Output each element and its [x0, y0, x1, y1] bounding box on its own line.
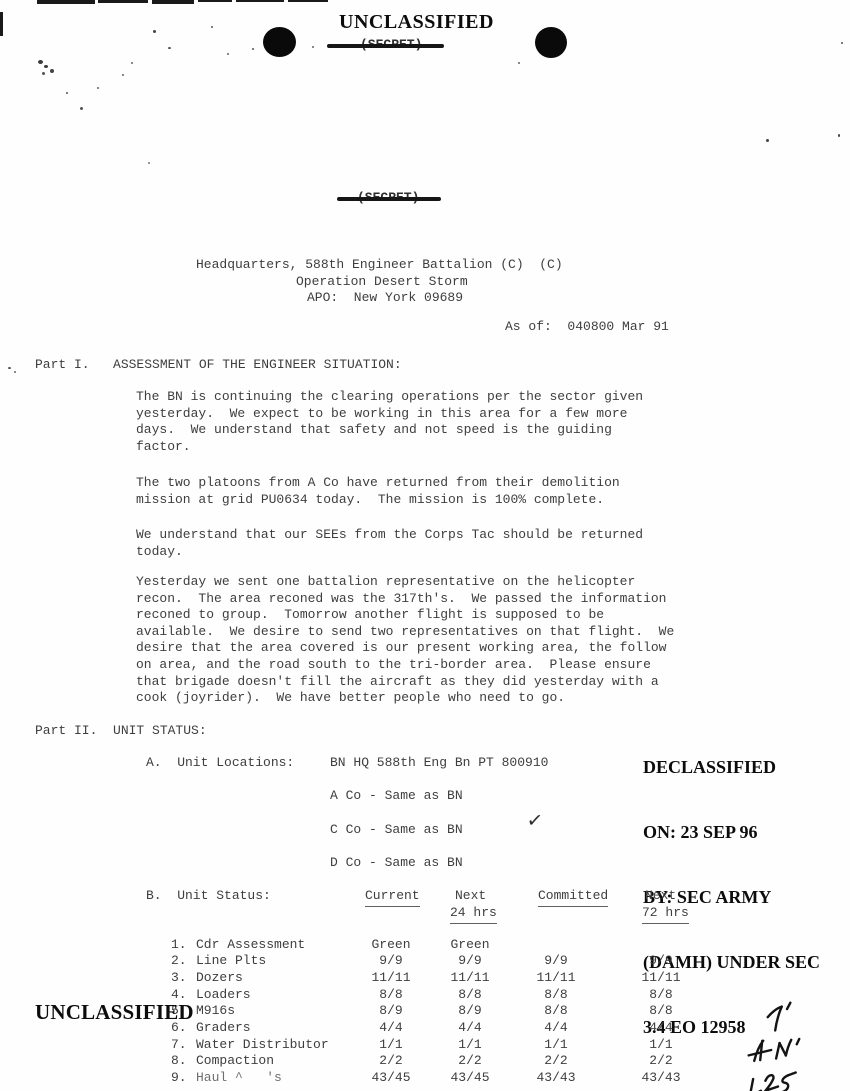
scan-speck — [838, 134, 840, 137]
table-row: 3. Dozers 11/11 11/11 11/11 11/11 — [0, 970, 850, 987]
cell-next72: 1/1 — [626, 1037, 696, 1052]
table-row: 2. Line Plts 9/9 9/9 9/9 9/9 — [0, 953, 850, 970]
cell-next24: 8/8 — [435, 987, 505, 1002]
scan-artifact-edge-mark — [0, 12, 3, 36]
scan-speck — [518, 62, 520, 64]
scan-speck — [14, 371, 16, 373]
scan-speck — [766, 139, 769, 142]
document-page: UNCLASSIFIED (SECRET) (SECRET) Headquart… — [0, 0, 850, 1091]
cell-next72: 2/2 — [626, 1053, 696, 1068]
cell-committed: 2/2 — [521, 1053, 591, 1068]
scan-speck — [312, 46, 314, 48]
cell-committed: 8/8 — [521, 1003, 591, 1018]
scan-speck — [148, 162, 150, 164]
row-name: Loaders — [196, 987, 251, 1002]
handwriting-annotation — [733, 1000, 848, 1091]
cell-current: 9/9 — [356, 953, 426, 968]
scan-artifact-top-band — [152, 0, 194, 4]
row-number: 2. — [171, 953, 187, 968]
unclassified-stamp-bottom: UNCLASSIFIED — [35, 1000, 194, 1025]
cell-next72: 43/43 — [626, 1070, 696, 1085]
part1-paragraph: We understand that our SEEs from the Cor… — [136, 527, 643, 560]
table-row: 7. Water Distributor 1/1 1/1 1/1 1/1 — [0, 1037, 850, 1054]
table-row: 8. Compaction 2/2 2/2 2/2 2/2 — [0, 1053, 850, 1070]
col-header-next24: Next — [455, 888, 486, 905]
row-number: 3. — [171, 970, 187, 985]
part2-heading: Part II. UNIT STATUS: — [35, 723, 207, 740]
cell-committed: 8/8 — [521, 987, 591, 1002]
scan-speck — [97, 87, 99, 89]
row-name: Dozers — [196, 970, 243, 985]
cell-committed: 9/9 — [521, 953, 591, 968]
cell-current: 11/11 — [356, 970, 426, 985]
scan-speck — [66, 92, 68, 94]
unit-location-bn: BN HQ 588th Eng Bn PT 800910 — [330, 755, 548, 772]
scan-smudge — [38, 60, 43, 64]
cell-committed: 11/11 — [521, 970, 591, 985]
cell-next24: 1/1 — [435, 1037, 505, 1052]
scan-artifact-top-band — [198, 0, 232, 2]
hole-punch-mark — [535, 27, 567, 58]
cell-next24: 8/9 — [435, 1003, 505, 1018]
strikethrough-line — [337, 197, 441, 201]
cell-next72: 4/4 — [626, 1020, 696, 1035]
scan-speck — [131, 62, 133, 64]
unclassified-stamp-top: UNCLASSIFIED — [339, 11, 494, 34]
handwritten-checkmark: ✓ — [527, 807, 543, 834]
scan-speck — [252, 48, 254, 50]
scan-artifact-top-band — [37, 0, 95, 4]
scan-artifact-top-band — [236, 0, 284, 2]
scan-smudge — [42, 72, 45, 75]
scan-artifact-top-band — [98, 0, 148, 3]
row-number: 1. — [171, 937, 187, 952]
col-header-next24-sub: 24 hrs — [450, 905, 497, 924]
table-row: 9. Haul ^ 's 43/45 43/45 43/43 43/43 — [0, 1070, 850, 1087]
row-name: Compaction — [196, 1053, 274, 1068]
cell-next24: 43/45 — [435, 1070, 505, 1085]
cell-next24: 11/11 — [435, 970, 505, 985]
cell-current: 8/8 — [356, 987, 426, 1002]
cell-current: 1/1 — [356, 1037, 426, 1052]
row-name: Water Distributor — [196, 1037, 329, 1052]
declassified-line: DECLASSIFIED — [643, 756, 820, 779]
row-name: Line Plts — [196, 953, 266, 968]
cell-committed: 1/1 — [521, 1037, 591, 1052]
table-row: 1. Cdr Assessment Green Green — [0, 937, 850, 954]
cell-next24: 2/2 — [435, 1053, 505, 1068]
col-header-next72-sub: 72 hrs — [642, 905, 689, 924]
hole-punch-mark — [263, 27, 296, 57]
unit-location-a-co: A Co - Same as BN — [330, 788, 463, 805]
part1-paragraph: The two platoons from A Co have returned… — [136, 475, 620, 508]
cell-current: Green — [356, 937, 426, 952]
cell-current: 8/9 — [356, 1003, 426, 1018]
unit-locations-label: A. Unit Locations: — [146, 755, 294, 772]
cell-next72: 11/11 — [626, 970, 696, 985]
cell-next72: 9/9 — [626, 953, 696, 968]
cell-next24: 9/9 — [435, 953, 505, 968]
cell-next24: 4/4 — [435, 1020, 505, 1035]
row-name: Haul ^ 's — [196, 1070, 282, 1085]
letterhead-apo: APO: New York 09689 — [307, 290, 463, 307]
cell-next72: 8/8 — [626, 987, 696, 1002]
row-number: 9. — [171, 1070, 187, 1085]
row-name: Graders — [196, 1020, 251, 1035]
cell-committed: 43/43 — [521, 1070, 591, 1085]
strikethrough-line — [327, 44, 444, 48]
col-header-current: Current — [365, 888, 420, 907]
unit-location-c-co: C Co - Same as BN — [330, 822, 463, 839]
scan-speck — [211, 26, 213, 28]
row-number: 8. — [171, 1053, 187, 1068]
unit-status-label: B. Unit Status: — [146, 888, 271, 905]
cell-current: 2/2 — [356, 1053, 426, 1068]
scan-speck — [841, 42, 843, 44]
declassified-line: ON: 23 SEP 96 — [643, 821, 820, 844]
row-name: Cdr Assessment — [196, 937, 305, 952]
row-number: 7. — [171, 1037, 187, 1052]
row-name: M916s — [196, 1003, 235, 1018]
as-of-date: As of: 040800 Mar 91 — [505, 319, 669, 336]
unit-location-d-co: D Co - Same as BN — [330, 855, 463, 872]
part1-heading: Part I. ASSESSMENT OF THE ENGINEER SITUA… — [35, 357, 402, 374]
scan-speck — [153, 30, 156, 33]
scan-smudge — [50, 69, 54, 73]
scan-speck — [122, 74, 124, 76]
col-header-next72: Next — [645, 888, 676, 905]
scan-speck — [227, 53, 229, 55]
scan-speck — [80, 107, 83, 110]
scan-smudge — [44, 65, 48, 68]
cell-current: 4/4 — [356, 1020, 426, 1035]
cell-next24: Green — [435, 937, 505, 952]
scan-speck — [168, 47, 171, 49]
cell-committed: 4/4 — [521, 1020, 591, 1035]
cell-next72: 8/8 — [626, 1003, 696, 1018]
letterhead-operation: Operation Desert Storm — [296, 274, 468, 291]
col-header-committed: Committed — [538, 888, 608, 907]
letterhead-unit: Headquarters, 588th Engineer Battalion (… — [196, 257, 563, 274]
part1-paragraph: Yesterday we sent one battalion represen… — [136, 574, 674, 707]
scan-speck — [8, 367, 11, 369]
scan-artifact-top-band — [288, 0, 328, 2]
cell-current: 43/45 — [356, 1070, 426, 1085]
part1-paragraph: The BN is continuing the clearing operat… — [136, 389, 643, 455]
